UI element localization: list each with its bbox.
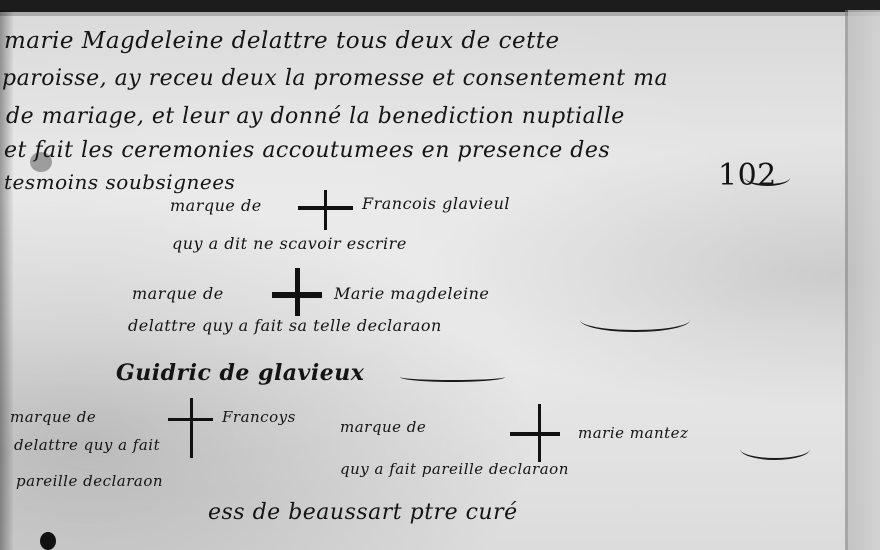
signature-2-note: delattre quy a fait sa telle declaraon xyxy=(128,316,442,335)
signature-5-name: marie mantez xyxy=(578,424,688,442)
signature-1-name: Francois glavieul xyxy=(362,194,510,213)
page-right-margin xyxy=(848,10,880,550)
page-top-border xyxy=(0,12,880,16)
signature-2-flourish xyxy=(580,308,690,332)
signature-4-mark-label: marque de xyxy=(10,408,96,426)
ink-smudge xyxy=(30,152,52,172)
signature-5-flourish xyxy=(740,438,810,460)
signature-2-name: Marie magdeleine xyxy=(334,284,489,303)
text-line-5: tesmoins soubsignees xyxy=(4,170,235,194)
page-top-edge xyxy=(0,0,880,12)
signature-3-underline xyxy=(400,372,505,382)
ink-blot xyxy=(40,532,56,550)
signature-5-note: quy a fait pareille declaraon xyxy=(340,460,569,478)
signature-4-name: Francoys xyxy=(222,408,296,426)
signature-2-mark-label: marque de xyxy=(132,284,224,303)
signature-5-mark-label: marque de xyxy=(340,418,426,436)
folio-flourish xyxy=(745,170,790,186)
priest-signature: ess de beaussart ptre curé xyxy=(208,500,518,525)
text-line-4: et fait les ceremonies accoutumees en pr… xyxy=(4,138,610,163)
text-line-2: paroisse, ay receu deux la promesse et c… xyxy=(2,66,668,91)
signature-3-name: Guidric de glavieux xyxy=(116,360,364,386)
signature-4-note-2: pareille declaraon xyxy=(16,472,163,490)
register-page: marie Magdeleine delattre tous deux de c… xyxy=(0,0,880,550)
signature-1-note: quy a dit ne scavoir escrire xyxy=(172,234,407,253)
page-left-shadow xyxy=(0,10,14,550)
signature-4-note: delattre quy a fait xyxy=(14,436,160,454)
signature-1-mark-label: marque de xyxy=(170,196,262,215)
text-line-3: de mariage, et leur ay donné la benedict… xyxy=(6,104,625,129)
text-line-1: marie Magdeleine delattre tous deux de c… xyxy=(4,28,560,54)
